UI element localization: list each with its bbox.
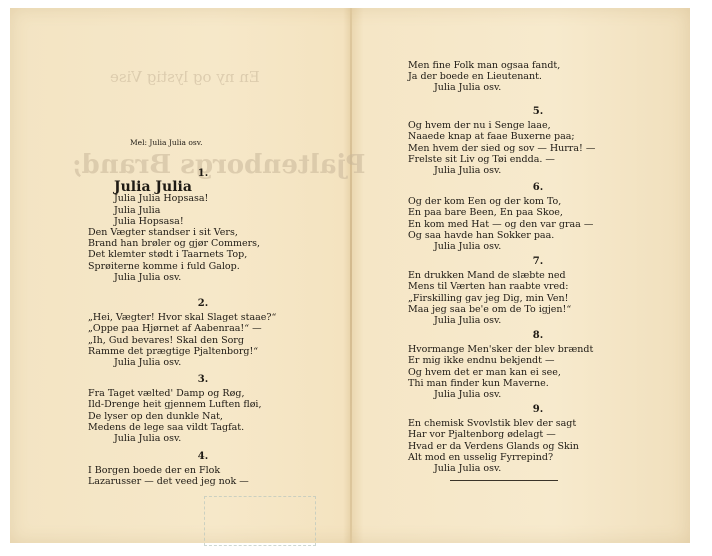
verse-line: Og der kom Een og der kom To,	[408, 196, 668, 207]
stanza-5: 5. Og hvem der nu i Senge laae, Naaede k…	[408, 106, 668, 176]
verse-line: Julia Julia osv.	[408, 241, 668, 252]
verse-line: I Borgen boede der en Flok	[88, 465, 318, 476]
verse-line: Den Vægter standser i sit Vers,	[88, 227, 318, 238]
verse-line: Julia Julia osv.	[408, 315, 668, 326]
verse-line: „Firskilling gav jeg Dig, min Ven!	[408, 293, 668, 304]
verse-line: „Hei, Vægter! Hvor skal Slaget staae?“	[88, 312, 318, 323]
stanza-number: 4.	[88, 451, 318, 462]
stanza-9: 9. En chemisk Svovlstik blev der sagt Ha…	[408, 404, 668, 474]
verse-line: Og saa havde han Sokker paa.	[408, 230, 668, 241]
stanza-number: 5.	[408, 106, 668, 117]
verse-line: Medens de lege saa vildt Tagfat.	[88, 422, 318, 433]
verse-line: Og hvem det er man kan ei see,	[408, 367, 668, 378]
verse-line: Thi man finder kun Maverne.	[408, 378, 668, 389]
stanza-6: 6. Og der kom Een og der kom To, En paa …	[408, 182, 668, 252]
verse-line: Maa jeg saa be'e om de To igjen!“	[408, 304, 668, 315]
stanza-7: 7. En drukken Mand de slæbte ned Mens ti…	[408, 256, 668, 326]
library-stamp	[204, 496, 316, 546]
stanza-number: 8.	[408, 330, 668, 341]
verse-line: Brand han brøler og gjør Commers,	[88, 238, 318, 249]
stanza-8: 8. Hvormange Men'sker der blev brændt Er…	[408, 330, 668, 400]
verse-line: Men fine Folk man ogsaa fandt,	[408, 60, 668, 71]
verse-line: Ramme det prægtige Pjaltenborg!“	[88, 346, 318, 357]
ghost-title: En ny og lystig Vise	[110, 68, 260, 86]
verse-line: Hvad er da Verdens Glands og Skin	[408, 441, 668, 452]
verse-line: Julia Hopsasa!	[88, 216, 318, 227]
verse-line: „Ih, Gud bevares! Skal den Sorg	[88, 335, 318, 346]
right-page: Men fine Folk man ogsaa fandt, Ja der bo…	[352, 8, 690, 543]
verse-line: En drukken Mand de slæbte ned	[408, 270, 668, 281]
stanza-1: 1. Julia Julia Julia Julia Hopsasa! Juli…	[88, 168, 318, 283]
verse-line: Det klemter stødt i Taarnets Top,	[88, 249, 318, 260]
verse-line: Frelste sit Liv og Tøi endda. —	[408, 154, 668, 165]
verse-line: Julia Julia osv.	[88, 272, 318, 283]
verse-line: En kom med Hat — og den var graa —	[408, 219, 668, 230]
stanza-4: 4. I Borgen boede der en Flok Lazarusser…	[88, 451, 318, 488]
verse-line: Julia Julia	[88, 182, 318, 193]
verse-line: „Oppe paa Hjørnet af Aabenraa!“ —	[88, 323, 318, 334]
stanza-number: 7.	[408, 256, 668, 267]
end-rule	[450, 480, 558, 481]
verse-line: Og hvem der nu i Senge laae,	[408, 120, 668, 131]
stanza-4-continuation: Men fine Folk man ogsaa fandt, Ja der bo…	[408, 60, 668, 94]
stanza-number: 6.	[408, 182, 668, 193]
verse-line: Julia Julia osv.	[408, 389, 668, 400]
verse-line: Men hvem der sied og sov — Hurra! —	[408, 143, 668, 154]
verse-line: Julia Julia Hopsasa!	[88, 193, 318, 204]
verse-line: En paa bare Been, En paa Skoe,	[408, 207, 668, 218]
verse-line: De lyser op den dunkle Nat,	[88, 411, 318, 422]
verse-line: Julia Julia osv.	[408, 82, 668, 93]
stanza-number: 1.	[88, 168, 318, 179]
verse-line: Ja der boede en Lieutenant.	[408, 71, 668, 82]
stanza-3: 3. Fra Taget vælted' Damp og Røg, Ild-Dr…	[88, 374, 318, 444]
document-sheet: En ny og lystig Vise Pjaltenborgs Brand;…	[10, 8, 690, 543]
verse-line: Julia Julia	[88, 205, 318, 216]
verse-line: Alt mod en usselig Fyrrepind?	[408, 452, 668, 463]
stanza-number: 9.	[408, 404, 668, 415]
verse-line: Er mig ikke endnu bekjendt —	[408, 355, 668, 366]
verse-line: Hvormange Men'sker der blev brændt	[408, 344, 668, 355]
verse-line: Fra Taget vælted' Damp og Røg,	[88, 388, 318, 399]
verse-line: Julia Julia osv.	[88, 357, 318, 368]
stanza-number: 3.	[88, 374, 318, 385]
melody-line: Mel: Julia Julia osv.	[130, 138, 203, 147]
verse-line: Ild-Drenge heit gjennem Luften fløi,	[88, 399, 318, 410]
stanza-2: 2. „Hei, Vægter! Hvor skal Slaget staae?…	[88, 298, 318, 368]
stanza-number: 2.	[88, 298, 318, 309]
verse-line: Sprøiterne komme i fuld Galop.	[88, 261, 318, 272]
verse-line: En chemisk Svovlstik blev der sagt	[408, 418, 668, 429]
left-page: En ny og lystig Vise Pjaltenborgs Brand;…	[10, 8, 350, 543]
verse-line: Julia Julia osv.	[408, 165, 668, 176]
verse-line: Naaede knap at faae Buxerne paa;	[408, 131, 668, 142]
verse-line: Julia Julia osv.	[88, 433, 318, 444]
verse-line: Mens til Værten han raabte vred:	[408, 281, 668, 292]
verse-line: Julia Julia osv.	[408, 463, 668, 474]
verse-line: Har vor Pjaltenborg ødelagt —	[408, 429, 668, 440]
verse-line: Lazarusser — det veed jeg nok —	[88, 476, 318, 487]
